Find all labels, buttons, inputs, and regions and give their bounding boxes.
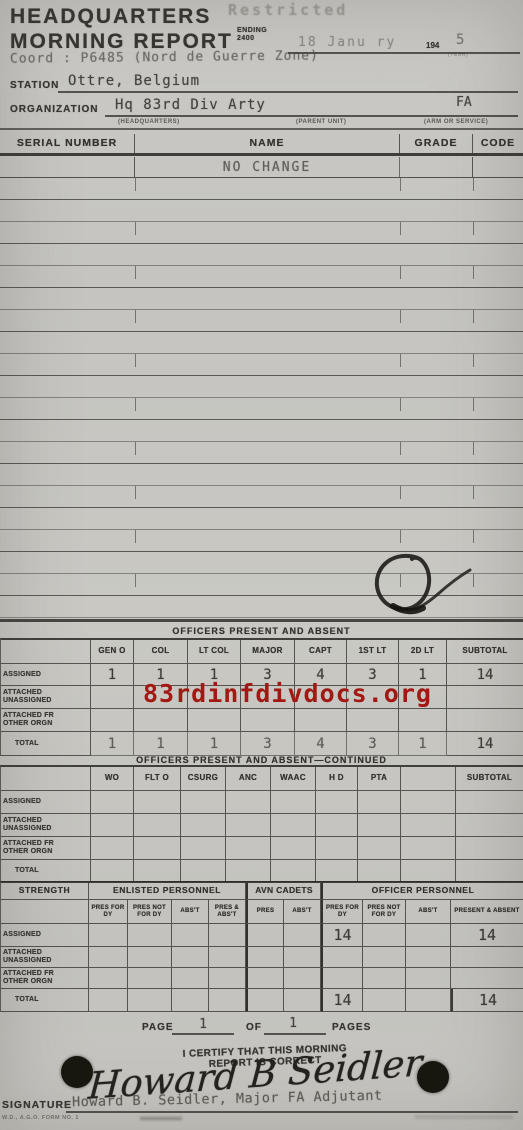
column-divider-tick <box>473 178 474 191</box>
continued-col: FLT O <box>134 767 181 791</box>
roster-empty-row <box>0 244 523 266</box>
officers-assigned-subtotal: 14 <box>447 664 523 686</box>
caption-arm-service: (ARM OR SERVICE) <box>424 119 488 125</box>
sub-col: PRES <box>246 900 284 924</box>
page-label: PAGE <box>142 1022 174 1033</box>
group-officer: OFFICER PERSONNEL <box>321 883 523 900</box>
roster-col-name: NAME <box>135 134 400 153</box>
roster-empty-row <box>0 442 523 464</box>
column-divider-tick <box>135 442 136 455</box>
officers-col: COL <box>134 640 188 664</box>
column-divider-tick <box>473 222 474 235</box>
column-divider-tick <box>473 310 474 323</box>
strength-total-present-absent: 14 <box>451 989 523 1012</box>
station-value: Ottre, Belgium <box>68 73 200 89</box>
coord-line: Coord : P6485 (Nord de Guerre Zone) <box>10 48 319 66</box>
signature-label: SIGNATURE <box>2 1099 72 1111</box>
sub-col: ABS'T <box>406 900 451 924</box>
continued-col: SUBTOTAL <box>456 767 523 791</box>
roster-empty-row <box>0 376 523 398</box>
classification-stamp: Restricted <box>228 1 348 19</box>
strength-assigned-present-absent: 14 <box>451 924 523 947</box>
group-enlisted: ENLISTED PERSONNEL <box>89 883 246 900</box>
officers-total-value: 1 <box>399 732 447 756</box>
roster-bottom-rule <box>0 619 523 622</box>
year-printed: 194 <box>426 41 439 50</box>
roster-empty-row <box>0 508 523 530</box>
officers-col: 1ST LT <box>347 640 399 664</box>
continued-col: CSURG <box>181 767 226 791</box>
column-divider-tick <box>473 442 474 455</box>
roster-empty-row <box>0 266 523 288</box>
officers-col: SUBTOTAL <box>447 640 523 664</box>
continued-col: ANC <box>226 767 271 791</box>
officers-total-value: 4 <box>295 732 347 756</box>
column-divider-tick <box>135 574 136 587</box>
form-title-line1: HEADQUARTERS <box>10 5 211 29</box>
officers-total-value: 3 <box>241 732 295 756</box>
roster-entry-name: NO CHANGE <box>135 157 400 177</box>
officers-continued-title: OFFICERS PRESENT AND ABSENT—CONTINUED <box>0 755 523 765</box>
roster-empty-row <box>0 530 523 552</box>
continued-col: WAAC <box>271 767 316 791</box>
column-divider-tick <box>400 354 401 367</box>
pen-scribble <box>366 551 478 617</box>
officers-continued-table: WO FLT O CSURG ANC WAAC H D PTA SUBTOTAL… <box>0 765 523 882</box>
roster-empty-row <box>0 332 523 354</box>
column-divider-tick <box>400 530 401 543</box>
strength-assigned-officer-pres: 14 <box>321 924 363 947</box>
page-rule-2 <box>264 1033 326 1035</box>
officers-col: CAPT <box>295 640 347 664</box>
roster-empty-row <box>0 200 523 222</box>
officers-total-value: 3 <box>347 732 399 756</box>
caption-parent-unit: (PARENT UNIT) <box>296 119 346 125</box>
group-avn-cadets: AVN CADETS <box>246 883 321 900</box>
caption-headquarters: (HEADQUARTERS) <box>118 119 180 125</box>
sub-col: ABS'T <box>172 900 209 924</box>
column-divider-tick <box>400 398 401 411</box>
form-number: W.D., A.G.O. FORM NO. 1 <box>2 1115 79 1121</box>
row-label-assigned: ASSIGNED <box>1 664 91 686</box>
roster-empty-row <box>0 288 523 310</box>
column-divider-tick <box>135 178 136 191</box>
morning-report-scan: Restricted HEADQUARTERS MORNING REPORT E… <box>0 0 523 1130</box>
row-label-total: TOTAL <box>1 732 91 756</box>
column-divider-tick <box>473 266 474 279</box>
organization-arm-value: FA <box>456 95 472 110</box>
column-divider-tick <box>135 398 136 411</box>
watermark: 83rdinfdivdocs.org <box>143 679 432 708</box>
row-label-attached-unassigned: ATTACHED UNASSIGNED <box>1 947 89 968</box>
year-typed: 5 <box>456 32 464 48</box>
sub-col: PRES NOT FOR DY <box>363 900 406 924</box>
row-label-attached-fr: ATTACHED FR OTHER ORGN <box>1 968 89 989</box>
officers-total-value: 1 <box>188 732 241 756</box>
of-label: OF <box>246 1022 262 1033</box>
sub-col: PRES FOR DY <box>89 900 128 924</box>
column-divider-tick <box>473 486 474 499</box>
column-divider-tick <box>473 398 474 411</box>
section-divider <box>0 128 523 130</box>
station-label: STATION <box>10 80 59 91</box>
signature-rule <box>66 1111 518 1113</box>
officers-col: GEN O <box>91 640 134 664</box>
sub-col: PRESENT & ABSENT <box>451 900 523 924</box>
station-rule <box>58 91 518 93</box>
sub-col: PRES & ABS'T <box>209 900 246 924</box>
column-divider-tick <box>400 266 401 279</box>
column-divider-tick <box>473 354 474 367</box>
roster-empty-row <box>0 178 523 200</box>
row-label-attached-fr: ATTACHED FR OTHER ORGN <box>1 709 91 732</box>
sub-col: PRES NOT FOR DY <box>128 900 172 924</box>
roster-empty-row <box>0 222 523 244</box>
roster-empty-row <box>0 486 523 508</box>
column-divider-tick <box>400 310 401 323</box>
column-divider-tick <box>135 266 136 279</box>
continued-col: PTA <box>358 767 401 791</box>
column-divider-tick <box>135 222 136 235</box>
pages-label: PAGES <box>332 1022 371 1033</box>
roster-empty-row <box>0 464 523 486</box>
page-value: 1 <box>178 1017 228 1032</box>
officers-col: 2D LT <box>399 640 447 664</box>
column-divider-tick <box>400 486 401 499</box>
illegible-print-smudge <box>140 1117 182 1120</box>
strength-total-officer-pres: 14 <box>321 989 363 1012</box>
page-rule-1 <box>172 1033 234 1035</box>
roster-empty-row <box>0 310 523 332</box>
officers-col: MAJOR <box>241 640 295 664</box>
row-label-assigned: ASSIGNED <box>1 924 89 947</box>
column-divider-tick <box>473 530 474 543</box>
roster-col-code: CODE <box>473 134 523 153</box>
officers-col: LT COL <box>188 640 241 664</box>
roster-header: SERIAL NUMBER NAME GRADE CODE <box>0 134 523 156</box>
column-divider-tick <box>135 310 136 323</box>
sub-col: ABS'T <box>284 900 321 924</box>
organization-label: ORGANIZATION <box>10 104 98 115</box>
row-label-attached-unassigned: ATTACHED UNASSIGNED <box>1 686 91 709</box>
officers-section-title: OFFICERS PRESENT AND ABSENT <box>0 626 523 636</box>
continued-col: H D <box>316 767 358 791</box>
organization-rule <box>105 115 518 117</box>
column-divider-tick <box>400 222 401 235</box>
officers-total-subtotal: 14 <box>447 732 523 756</box>
illegible-print-smudge <box>415 1115 513 1119</box>
roster-col-grade: GRADE <box>400 134 473 153</box>
organization-value: Hq 83rd Div Arty <box>115 97 266 113</box>
pages-value: 1 <box>268 1016 318 1031</box>
officers-total-value: 1 <box>91 732 134 756</box>
row-label-total: TOTAL <box>1 989 89 1012</box>
strength-label: STRENGTH <box>1 883 89 900</box>
roster-empty-row <box>0 420 523 442</box>
roster-entry-row: NO CHANGE <box>0 157 523 178</box>
ending-label: ENDING 2400 <box>237 27 267 43</box>
header-rule <box>288 52 520 54</box>
column-divider-tick <box>135 530 136 543</box>
officers-assigned-value: 1 <box>91 664 134 686</box>
continued-col: WO <box>91 767 134 791</box>
column-divider-tick <box>400 178 401 191</box>
roster-col-serial: SERIAL NUMBER <box>0 134 135 153</box>
row-label-attached-unassigned: ATTACHED UNASSIGNED <box>1 814 91 837</box>
officers-total-value: 1 <box>134 732 188 756</box>
continued-col <box>401 767 456 791</box>
row-label-assigned: ASSIGNED <box>1 791 91 814</box>
column-divider-tick <box>135 354 136 367</box>
strength-table: STRENGTH ENLISTED PERSONNEL AVN CADETS O… <box>0 881 523 1012</box>
column-divider-tick <box>400 442 401 455</box>
sub-col: PRES FOR DY <box>321 900 363 924</box>
column-divider-tick <box>135 486 136 499</box>
row-label-attached-fr: ATTACHED FR OTHER ORGN <box>1 837 91 860</box>
row-label-total: TOTAL <box>1 860 91 882</box>
roster-empty-row <box>0 354 523 376</box>
roster-empty-row <box>0 398 523 420</box>
